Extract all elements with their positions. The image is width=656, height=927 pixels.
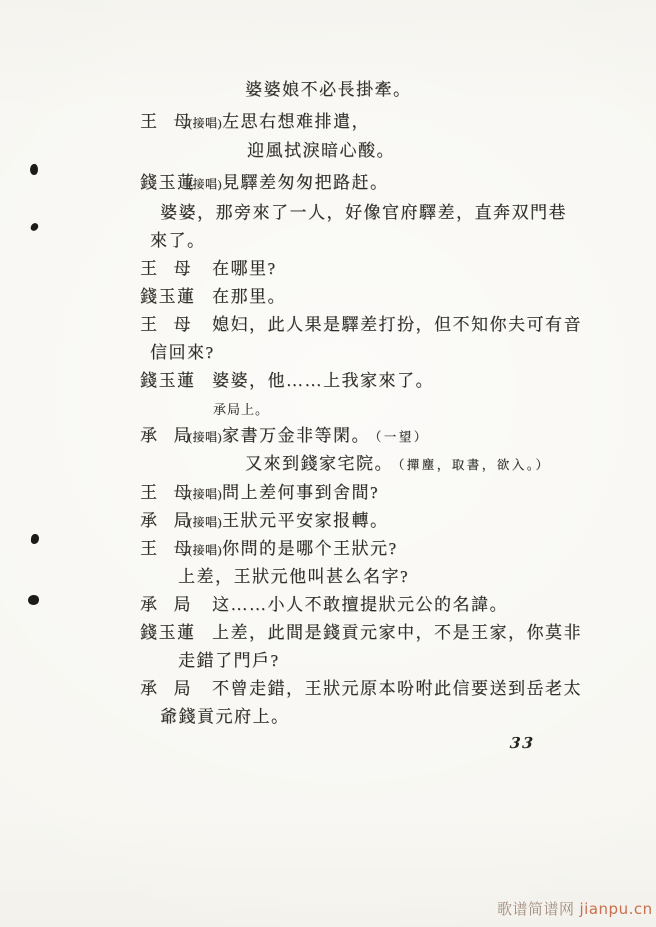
speaker-char: 蓮 <box>177 285 196 309</box>
speaker-char: 錢 <box>140 621 159 645</box>
speaker-char: 玉 <box>159 621 178 645</box>
line-text: 走錯了門戶? <box>178 651 280 670</box>
line-content: (接唱)左思右想难排遣， <box>188 110 370 135</box>
speaker-name: 承局 <box>140 509 192 533</box>
script-line: 錢玉蓮 (接唱)見驛差匆匆把路赶。 <box>0 171 656 197</box>
speaker-char: 王 <box>140 257 159 281</box>
speaker-name: 錢玉蓮 <box>140 285 192 309</box>
script-line: 王母 (接唱)你問的是哪个王狀元? <box>0 537 656 563</box>
script-line: 婆婆，那旁來了一人，好像官府驛差，直奔双門巷 <box>0 201 656 227</box>
line-text: 媳妇，此人果是驛差打扮，但不知你夫可有音 <box>212 315 582 334</box>
speaker-char: 蓮 <box>177 621 196 645</box>
line-content: 迎風拭淚暗心酸。 <box>247 139 395 163</box>
speaker-char: 承 <box>140 424 159 448</box>
line-content: 这……小人不敢擅提狀元公的名諱。 <box>212 593 508 617</box>
line-content: 婆婆，他……上我家來了。 <box>212 369 434 393</box>
line-content: 來了。 <box>150 229 206 253</box>
line-text: 問上差何事到舍間? <box>222 483 379 502</box>
sung-tag: (接唱) <box>188 543 222 557</box>
speaker-name: 王母 <box>140 313 192 337</box>
speaker-char: 玉 <box>159 285 178 309</box>
speaker-name: 王母 <box>140 257 192 281</box>
line-content: 又來到錢家宅院。（撣塵，取書，欲入。） <box>245 452 551 477</box>
speaker-char: 承 <box>140 593 159 617</box>
speaker-char: 玉 <box>159 171 178 195</box>
line-text: 婆婆，那旁來了一人，好像官府驛差，直奔双門巷 <box>160 203 567 222</box>
speaker-name: 承局 <box>140 677 192 701</box>
script-line: 信回來? <box>0 341 656 367</box>
speaker-name: 王母 <box>140 481 192 505</box>
line-text: 迎風拭淚暗心酸。 <box>247 141 395 160</box>
line-text: 在哪里? <box>212 259 277 278</box>
line-content: (接唱)王狀元平安家报轉。 <box>188 509 389 534</box>
line-text: 婆婆娘不必長掛牽。 <box>245 80 412 99</box>
line-content: 爺錢貢元府上。 <box>160 705 290 729</box>
line-content: 上差，王狀元他叫甚么名字? <box>178 565 409 589</box>
speaker-name: 承局 <box>140 593 192 617</box>
sung-tag: (接唱) <box>188 515 222 529</box>
sung-tag: (接唱) <box>188 177 222 191</box>
line-text: 王狀元平安家报轉。 <box>222 511 389 530</box>
line-content: (接唱)問上差何事到舍間? <box>188 481 379 506</box>
script-line: 錢玉蓮 上差，此間是錢貢元家中，不是王家，你莫非 <box>0 621 656 647</box>
speaker-char: 局 <box>174 677 193 701</box>
speaker-char: 母 <box>174 257 193 281</box>
sung-tag: (接唱) <box>188 487 222 501</box>
speaker-name: 王母 <box>140 110 192 134</box>
line-text: 上差，王狀元他叫甚么名字? <box>178 567 409 586</box>
line-content: 信回來? <box>150 341 215 365</box>
script-line: 承局 不曾走錯，王狀元原本吩咐此信要送到岳老太 <box>0 677 656 703</box>
line-content: (接唱)見驛差匆匆把路赶。 <box>188 171 389 196</box>
line-content: 走錯了門戶? <box>178 649 280 673</box>
line-text: 左思右想难排遣， <box>222 112 370 131</box>
speaker-char: 局 <box>174 593 193 617</box>
line-text: 不曾走錯，王狀元原本吩咐此信要送到岳老太 <box>212 679 582 698</box>
script-line: 上差，王狀元他叫甚么名字? <box>0 565 656 591</box>
speaker-name: 錢玉蓮 <box>140 171 192 195</box>
line-content: 上差，此間是錢貢元家中，不是王家，你莫非 <box>212 621 582 645</box>
speaker-char: 錢 <box>140 285 159 309</box>
script-line: 錢玉蓮 在那里。 <box>0 285 656 311</box>
speaker-name: 錢玉蓮 <box>140 621 192 645</box>
stage-note: （撣塵，取書，欲入。） <box>398 458 551 472</box>
scanned-script-page: 婆婆娘不必長掛牽。 王母 (接唱)左思右想难排遣， 迎風拭淚暗心酸。 錢玉蓮 (… <box>0 0 656 927</box>
line-text: 婆婆，他……上我家來了。 <box>212 371 434 390</box>
script-line: 王母 (接唱)左思右想难排遣， <box>0 110 656 136</box>
speaker-char: 王 <box>140 537 159 561</box>
line-text: 你問的是哪个王狀元? <box>222 539 398 558</box>
speaker-char: 玉 <box>159 369 178 393</box>
script-line: 王母 (接唱)問上差何事到舍間? <box>0 481 656 507</box>
line-content: 不曾走錯，王狀元原本吩咐此信要送到岳老太 <box>212 677 582 701</box>
script-line: 婆婆娘不必長掛牽。 <box>0 78 656 104</box>
speaker-char: 承 <box>140 677 159 701</box>
line-text: 見驛差匆匆把路赶。 <box>222 173 389 192</box>
line-content: 在那里。 <box>212 285 286 309</box>
line-text: 信回來? <box>150 343 215 362</box>
speaker-char: 王 <box>140 313 159 337</box>
line-text: 这……小人不敢擅提狀元公的名諱。 <box>212 595 508 614</box>
line-content: (接唱)家書万金非等閑。（一望） <box>188 424 429 449</box>
speaker-char: 王 <box>140 481 159 505</box>
sung-tag: (接唱) <box>188 430 222 444</box>
speaker-name: 承局 <box>140 424 192 448</box>
speaker-char: 蓮 <box>177 369 196 393</box>
page-number: 33 <box>509 734 536 752</box>
speaker-name: 王母 <box>140 537 192 561</box>
line-content: (接唱)你問的是哪个王狀元? <box>188 537 398 562</box>
sung-tag: (接唱) <box>188 116 222 130</box>
line-text: 來了。 <box>150 231 206 250</box>
script-line: 迎風拭淚暗心酸。 <box>0 139 656 165</box>
script-line: 來了。 <box>0 229 656 255</box>
line-text: 承局上。 <box>213 402 269 417</box>
line-text: 又來到錢家宅院。 <box>245 454 393 473</box>
script-line: 走錯了門戶? <box>0 649 656 675</box>
speaker-char: 錢 <box>140 369 159 393</box>
ink-speck <box>28 595 39 605</box>
script-line: 承局 这……小人不敢擅提狀元公的名諱。 <box>0 593 656 619</box>
watermark-site-url: jianpu.cn <box>580 900 653 918</box>
line-content: 婆婆娘不必長掛牽。 <box>245 78 412 102</box>
line-content: 婆婆，那旁來了一人，好像官府驛差，直奔双門巷 <box>160 201 567 225</box>
line-text: 在那里。 <box>212 287 286 306</box>
script-line: 承局上。 <box>0 398 656 424</box>
speaker-char: 母 <box>174 313 193 337</box>
script-line: 爺錢貢元府上。 <box>0 705 656 731</box>
speaker-char: 承 <box>140 509 159 533</box>
watermark: 歌谱简谱网jianpu.cn <box>497 898 653 919</box>
script-line: 錢玉蓮 婆婆，他……上我家來了。 <box>0 369 656 395</box>
script-line: 王母 媳妇，此人果是驛差打扮，但不知你夫可有音 <box>0 313 656 339</box>
line-text: 上差，此間是錢貢元家中，不是王家，你莫非 <box>212 623 582 642</box>
line-content: 承局上。 <box>213 398 269 422</box>
script-line: 又來到錢家宅院。（撣塵，取書，欲入。） <box>0 452 656 478</box>
speaker-name: 錢玉蓮 <box>140 369 192 393</box>
line-content: 在哪里? <box>212 257 277 281</box>
line-text: 家書万金非等閑。 <box>222 426 370 445</box>
speaker-char: 錢 <box>140 171 159 195</box>
script-line: 承局 (接唱)家書万金非等閑。（一望） <box>0 424 656 450</box>
line-text: 爺錢貢元府上。 <box>160 707 290 726</box>
script-line: 王母 在哪里? <box>0 257 656 283</box>
speaker-char: 王 <box>140 110 159 134</box>
script-line: 承局 (接唱)王狀元平安家报轉。 <box>0 509 656 535</box>
watermark-site-name: 歌谱简谱网 <box>497 900 575 918</box>
stage-note: （一望） <box>375 430 429 444</box>
line-content: 媳妇，此人果是驛差打扮，但不知你夫可有音 <box>212 313 582 337</box>
